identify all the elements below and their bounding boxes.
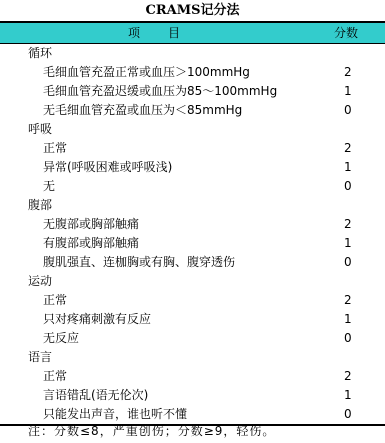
- item-label: 只能发出声音，谁也听不懂: [43, 405, 187, 424]
- item-score: 0: [344, 405, 352, 424]
- item-label: 只对疼痛刺激有反应: [43, 310, 151, 329]
- item-label: 无: [43, 177, 55, 196]
- table-row: 只能发出声音，谁也听不懂0: [0, 405, 385, 424]
- category-row: 语言: [0, 348, 385, 367]
- item-score: 2: [344, 291, 352, 310]
- table-row: 正常2: [0, 139, 385, 158]
- category-label: 腹部: [28, 196, 52, 215]
- category-row: 腹部: [0, 196, 385, 215]
- item-label: 无腹部或胸部触痛: [43, 215, 139, 234]
- table-row: 毛细血管充盈迟缓或血压为85～100mmHg1: [0, 82, 385, 101]
- item-score: 1: [344, 386, 352, 405]
- category-label: 呼吸: [28, 120, 52, 139]
- item-score: 2: [344, 367, 352, 386]
- table-row: 只对疼痛刺激有反应1: [0, 310, 385, 329]
- table-row: 毛细血管充盈正常或血压＞100mmHg2: [0, 63, 385, 82]
- item-label: 言语错乱(语无伦次): [43, 386, 148, 405]
- table-row: 正常2: [0, 291, 385, 310]
- table-body: 循环 毛细血管充盈正常或血压＞100mmHg2 毛细血管充盈迟缓或血压为85～1…: [0, 44, 385, 426]
- category-label: 运动: [28, 272, 52, 291]
- header-score: 分数: [334, 23, 358, 43]
- item-label: 正常: [43, 291, 67, 310]
- table-row: 正常2: [0, 367, 385, 386]
- item-score: 2: [344, 215, 352, 234]
- item-score: 2: [344, 139, 352, 158]
- table-row: 无腹部或胸部触痛2: [0, 215, 385, 234]
- item-score: 1: [344, 234, 352, 253]
- footnote: 注：分数≤8，严重创伤；分数≥9，轻伤。: [28, 423, 275, 439]
- item-label: 异常(呼吸困难或呼吸浅): [43, 158, 172, 177]
- item-label: 无毛细血管充盈或血压为＜85mmHg: [43, 101, 242, 120]
- table-row: 无毛细血管充盈或血压为＜85mmHg0: [0, 101, 385, 120]
- item-label: 正常: [43, 139, 67, 158]
- category-row: 运动: [0, 272, 385, 291]
- item-label: 正常: [43, 367, 67, 386]
- header-item: 项目: [128, 23, 208, 43]
- item-label: 毛细血管充盈迟缓或血压为85～100mmHg: [43, 82, 277, 101]
- table-row: 有腹部或胸部触痛1: [0, 234, 385, 253]
- table-row: 无反应0: [0, 329, 385, 348]
- category-label: 循环: [28, 44, 52, 63]
- table-header: 项目 分数: [0, 21, 385, 44]
- item-label: 无反应: [43, 329, 79, 348]
- table-row: 言语错乱(语无伦次)1: [0, 386, 385, 405]
- item-score: 0: [344, 101, 352, 120]
- category-row: 呼吸: [0, 120, 385, 139]
- table-title: CRAMS记分法: [0, 3, 385, 19]
- item-score: 1: [344, 158, 352, 177]
- category-row: 循环: [0, 44, 385, 63]
- item-score: 0: [344, 177, 352, 196]
- item-score: 1: [344, 310, 352, 329]
- item-score: 2: [344, 63, 352, 82]
- table-row: 无0: [0, 177, 385, 196]
- item-score: 0: [344, 253, 352, 272]
- category-label: 语言: [28, 348, 52, 367]
- table-row: 异常(呼吸困难或呼吸浅)1: [0, 158, 385, 177]
- item-label: 毛细血管充盈正常或血压＞100mmHg: [43, 63, 250, 82]
- crams-table: 项目 分数 循环 毛细血管充盈正常或血压＞100mmHg2 毛细血管充盈迟缓或血…: [0, 21, 385, 426]
- item-label: 有腹部或胸部触痛: [43, 234, 139, 253]
- item-label: 腹肌强直、连枷胸或有胸、腹穿透伤: [43, 253, 235, 272]
- item-score: 0: [344, 329, 352, 348]
- item-score: 1: [344, 82, 352, 101]
- table-row: 腹肌强直、连枷胸或有胸、腹穿透伤0: [0, 253, 385, 272]
